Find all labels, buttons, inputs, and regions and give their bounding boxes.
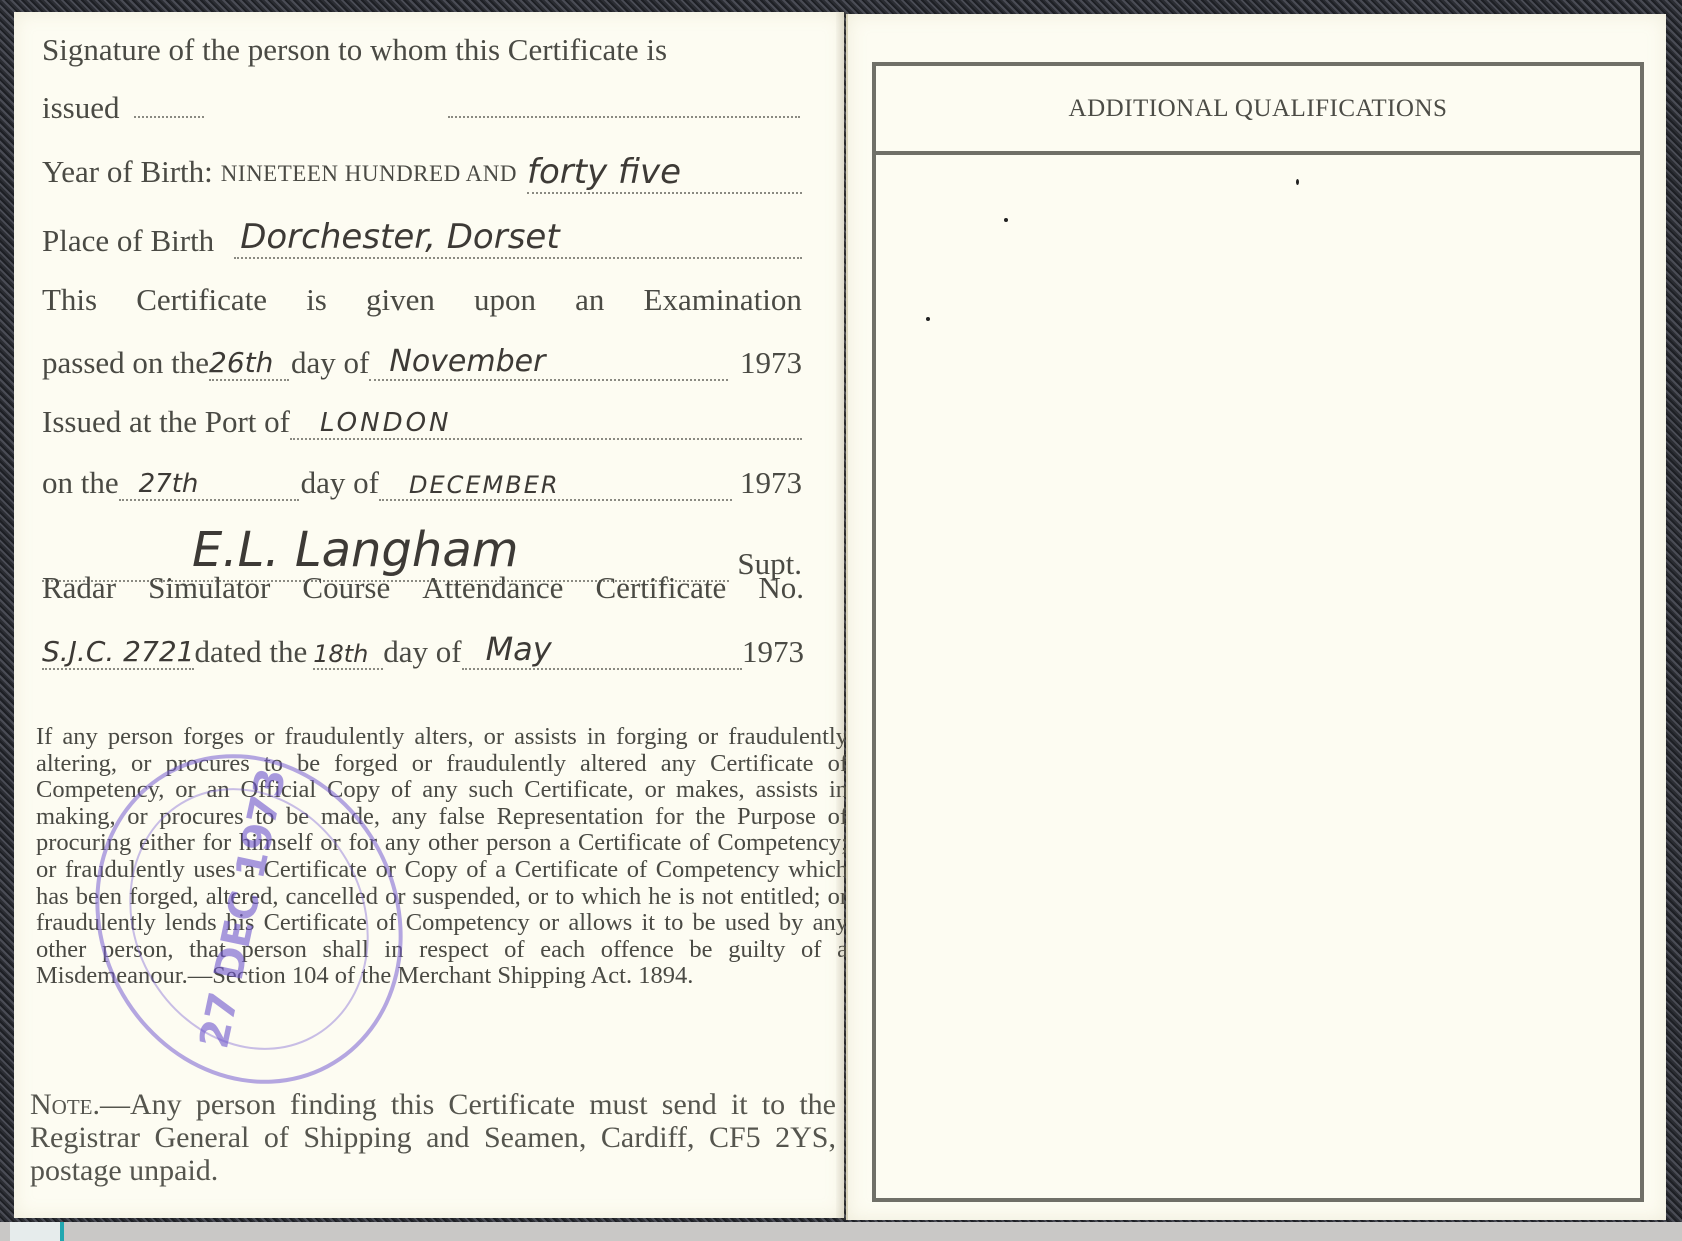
- issued-port-label: Issued at the Port of: [42, 404, 290, 440]
- holder-signature-label-text: Signature of the person to whom this Cer…: [42, 32, 667, 68]
- radar-word: Course: [302, 570, 390, 606]
- signature-dotted-line-short: [134, 116, 204, 118]
- place-of-birth-value[interactable]: Dorchester, Dorset: [234, 217, 802, 259]
- radar-day-value[interactable]: 18th: [313, 640, 383, 670]
- issue-month-value[interactable]: DECEMBER: [379, 471, 732, 501]
- exam-word: Examination: [644, 282, 802, 318]
- exam-word: Certificate: [136, 282, 267, 318]
- exam-day-label: day of: [291, 345, 369, 381]
- exam-month-value[interactable]: November: [369, 344, 728, 381]
- exam-word: given: [366, 282, 435, 318]
- issued-label: issued: [42, 90, 120, 126]
- issue-year: 1973: [740, 465, 802, 501]
- radar-word: Radar: [42, 570, 116, 606]
- exam-word: an: [575, 282, 604, 318]
- note-text: —Any person finding this Certificate mus…: [30, 1088, 836, 1187]
- issue-date-prefix: on the: [42, 465, 119, 501]
- exam-year: 1973: [740, 345, 802, 381]
- radar-word: No.: [758, 570, 804, 606]
- note-label: Note.: [30, 1088, 100, 1121]
- exam-word: upon: [474, 282, 536, 318]
- year-of-birth-label: Year of Birth:: [42, 154, 213, 190]
- year-of-birth-value[interactable]: forty five: [527, 152, 802, 194]
- issued-port-row: Issued at the Port of LONDON: [42, 404, 802, 440]
- year-of-birth-row: Year of Birth: NINETEEN HUNDRED AND fort…: [42, 152, 802, 190]
- exam-word: is: [306, 282, 327, 318]
- certificate-left-page: Signature of the person to whom this Cer…: [14, 12, 844, 1218]
- exam-day-value[interactable]: 26th: [209, 346, 289, 381]
- radar-year: 1973: [742, 634, 804, 670]
- radar-word: Simulator: [148, 570, 270, 606]
- signature-dotted-line-long: [448, 116, 801, 118]
- radar-cert-number[interactable]: S.J.C. 2721: [42, 635, 194, 670]
- radar-dated-label: dated the: [194, 634, 307, 670]
- holder-signature-field[interactable]: issued: [42, 90, 802, 126]
- issue-day-value[interactable]: 27th: [119, 469, 299, 501]
- qualifications-entry-area[interactable]: [876, 155, 1640, 1198]
- place-of-birth-label: Place of Birth: [42, 223, 214, 259]
- issued-port-value[interactable]: LONDON: [290, 408, 802, 440]
- radar-word: Certificate: [595, 570, 726, 606]
- legal-warning-text: If any person forges or fraudulently alt…: [36, 724, 848, 990]
- issue-date-row: on the 27th day of DECEMBER 1973: [42, 465, 802, 501]
- ink-speck: [1004, 218, 1008, 222]
- exam-word: This: [42, 282, 97, 318]
- radar-month-value[interactable]: May: [462, 630, 742, 670]
- ink-speck: [926, 317, 930, 321]
- background-tab: [10, 1222, 64, 1241]
- radar-word: Attendance: [422, 570, 563, 606]
- ink-speck: [1296, 179, 1299, 185]
- qualifications-frame: ADDITIONAL QUALIFICATIONS: [872, 62, 1644, 1202]
- additional-qualifications-page: ADDITIONAL QUALIFICATIONS: [846, 14, 1666, 1220]
- radar-cert-row: S.J.C. 2721 dated the 18th day of May 19…: [42, 630, 804, 670]
- radar-day-label: day of: [383, 634, 461, 670]
- qualifications-header: ADDITIONAL QUALIFICATIONS: [876, 66, 1640, 155]
- examination-intro: This Certificate is given upon an Examin…: [42, 282, 802, 318]
- qualifications-title: ADDITIONAL QUALIFICATIONS: [1069, 95, 1448, 123]
- return-note: Note.—Any person finding this Certificat…: [30, 1088, 836, 1187]
- year-of-birth-prefix: NINETEEN HUNDRED AND: [221, 161, 517, 187]
- place-of-birth-row: Place of Birth Dorchester, Dorset: [42, 217, 802, 259]
- radar-course-label: Radar Simulator Course Attendance Certif…: [42, 570, 804, 606]
- holder-signature-label: Signature of the person to whom this Cer…: [42, 32, 832, 68]
- background-strip: [0, 1222, 1682, 1241]
- examination-passed-row: passed on the 26th day of November 1973: [42, 344, 802, 381]
- passed-prefix: passed on the: [42, 345, 209, 381]
- issue-day-label: day of: [301, 465, 379, 501]
